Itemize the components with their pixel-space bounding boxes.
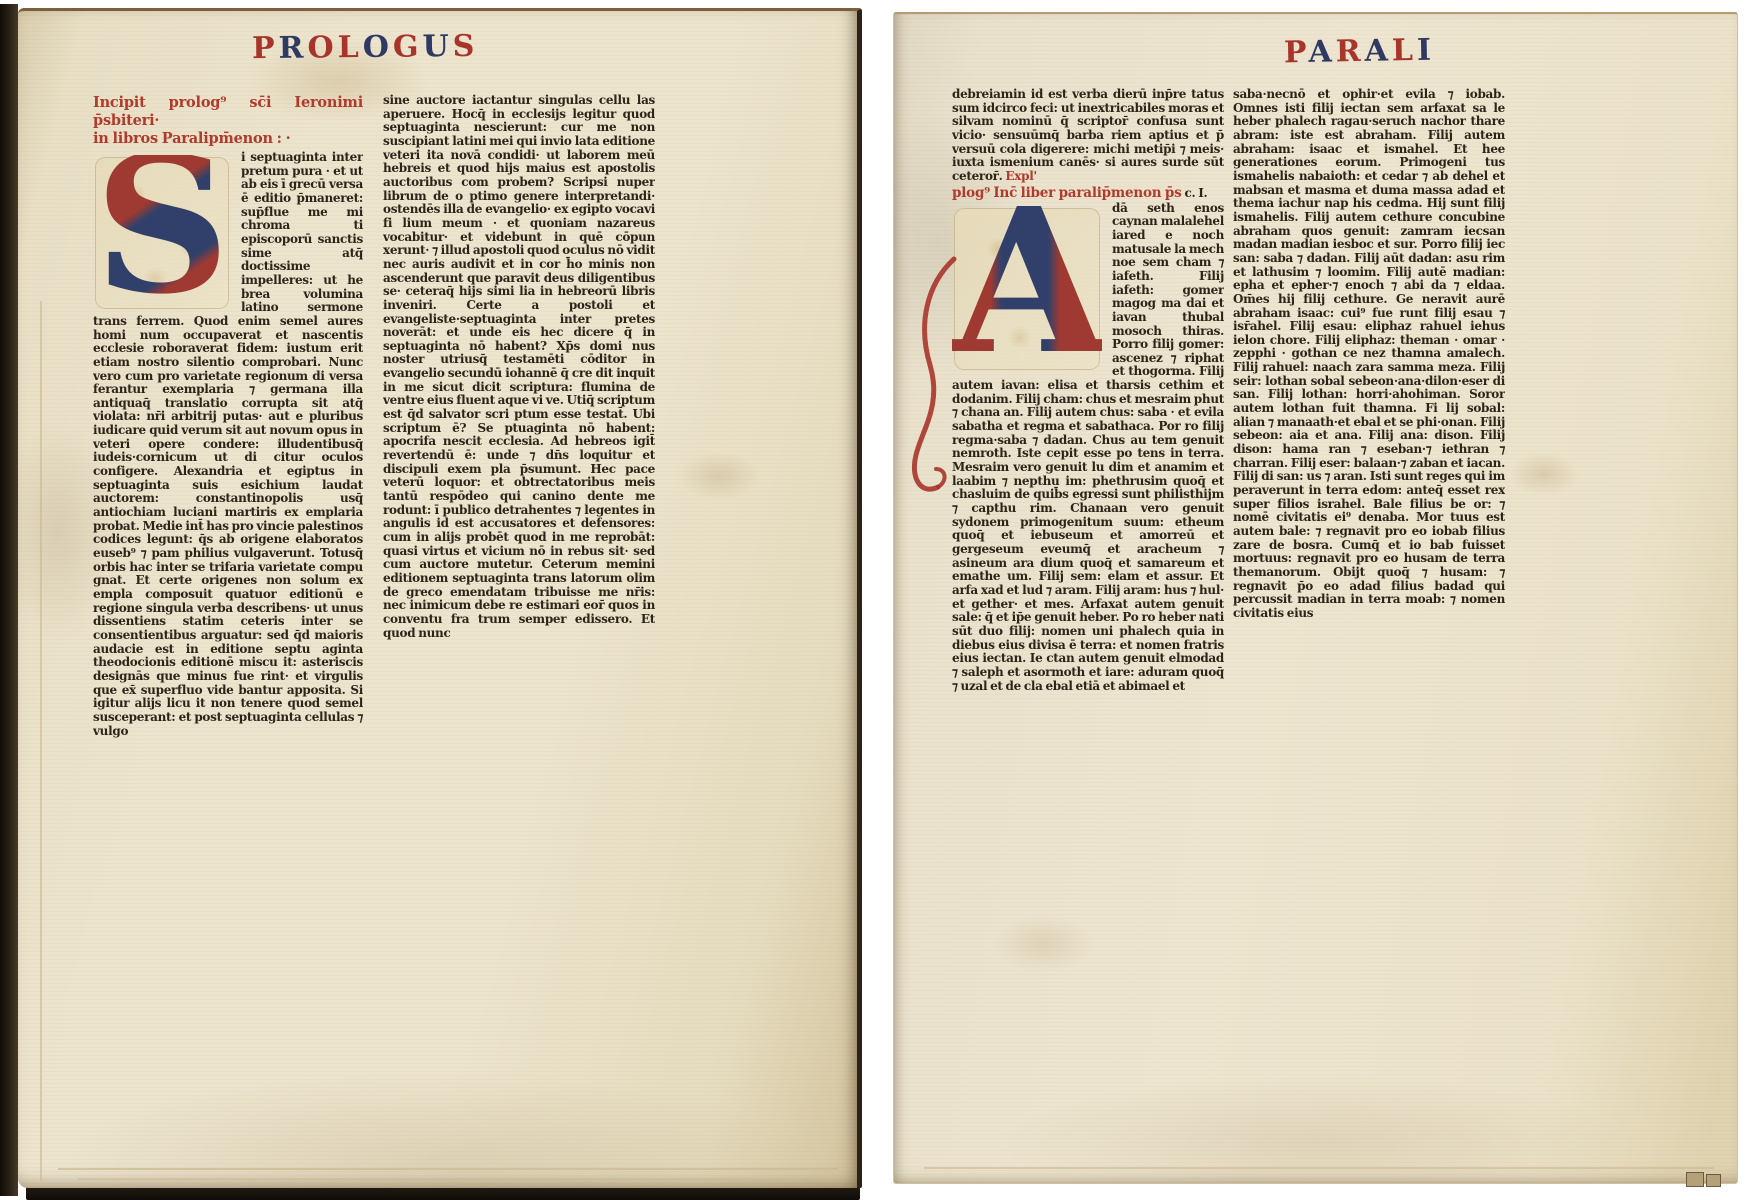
left-column-1: Incipit prolog⁹ sc̄i Ieronimi p̄sbiteri·… [93, 94, 363, 874]
chapter-numeral: c. I. [1182, 186, 1208, 200]
prologue-col2-text: sine auctore iactantur singulas cellu la… [383, 94, 655, 640]
header-letter: R [1335, 34, 1365, 69]
header-letter: S [452, 29, 478, 64]
running-header-prologus: PROLOGUS [252, 29, 479, 66]
header-letter: U [422, 29, 453, 64]
header-letter: P [252, 31, 279, 66]
right-column-1: debreiamin id est verba dierū inp̄re tat… [952, 88, 1224, 890]
under-leaf-edge [40, 301, 42, 1181]
header-letter: L [1392, 33, 1418, 68]
header-letter: O [363, 30, 394, 65]
initial-a-flourish [908, 255, 960, 555]
under-leaf-tab [1706, 1174, 1721, 1187]
running-header-parali: PARALI [1284, 33, 1436, 71]
header-letter: G [393, 29, 423, 64]
header-letter: R [278, 31, 307, 66]
book-block-bottom-edge [26, 1186, 860, 1200]
header-letter: I [1417, 33, 1436, 68]
prologue-text-block: S i septuaginta inter pretum pura · et u… [93, 151, 363, 738]
header-letter: A [1364, 33, 1392, 68]
chronicles-text-block: A dā seth enos caynan malalehel iared e … [952, 202, 1224, 694]
illuminated-initial-s: S [93, 155, 231, 311]
under-leaf-tab [1686, 1172, 1704, 1187]
header-letter: A [1308, 34, 1336, 69]
left-column-2: sine auctore iactantur singulas cellu la… [383, 94, 655, 874]
right-column-2: saba·necnō et ophir·et evila ⁊ iobab. Om… [1233, 88, 1505, 890]
illuminated-initial-a: A [952, 206, 1102, 372]
under-leaf-edge [58, 1168, 838, 1170]
book-spread-photo: PROLOGUS PARALI Incipit prolog⁹ sc̄i Ier… [0, 0, 1750, 1200]
chronicles-col2-text: saba·necnō et ophir·et evila ⁊ iobab. Om… [1233, 88, 1505, 620]
header-letter: P [1284, 35, 1309, 70]
under-leaf-edge [924, 1167, 1714, 1169]
binding-edge [0, 4, 18, 1196]
header-letter: O [307, 30, 338, 65]
under-leaf-edge [78, 1178, 838, 1180]
header-letter: L [337, 30, 362, 65]
